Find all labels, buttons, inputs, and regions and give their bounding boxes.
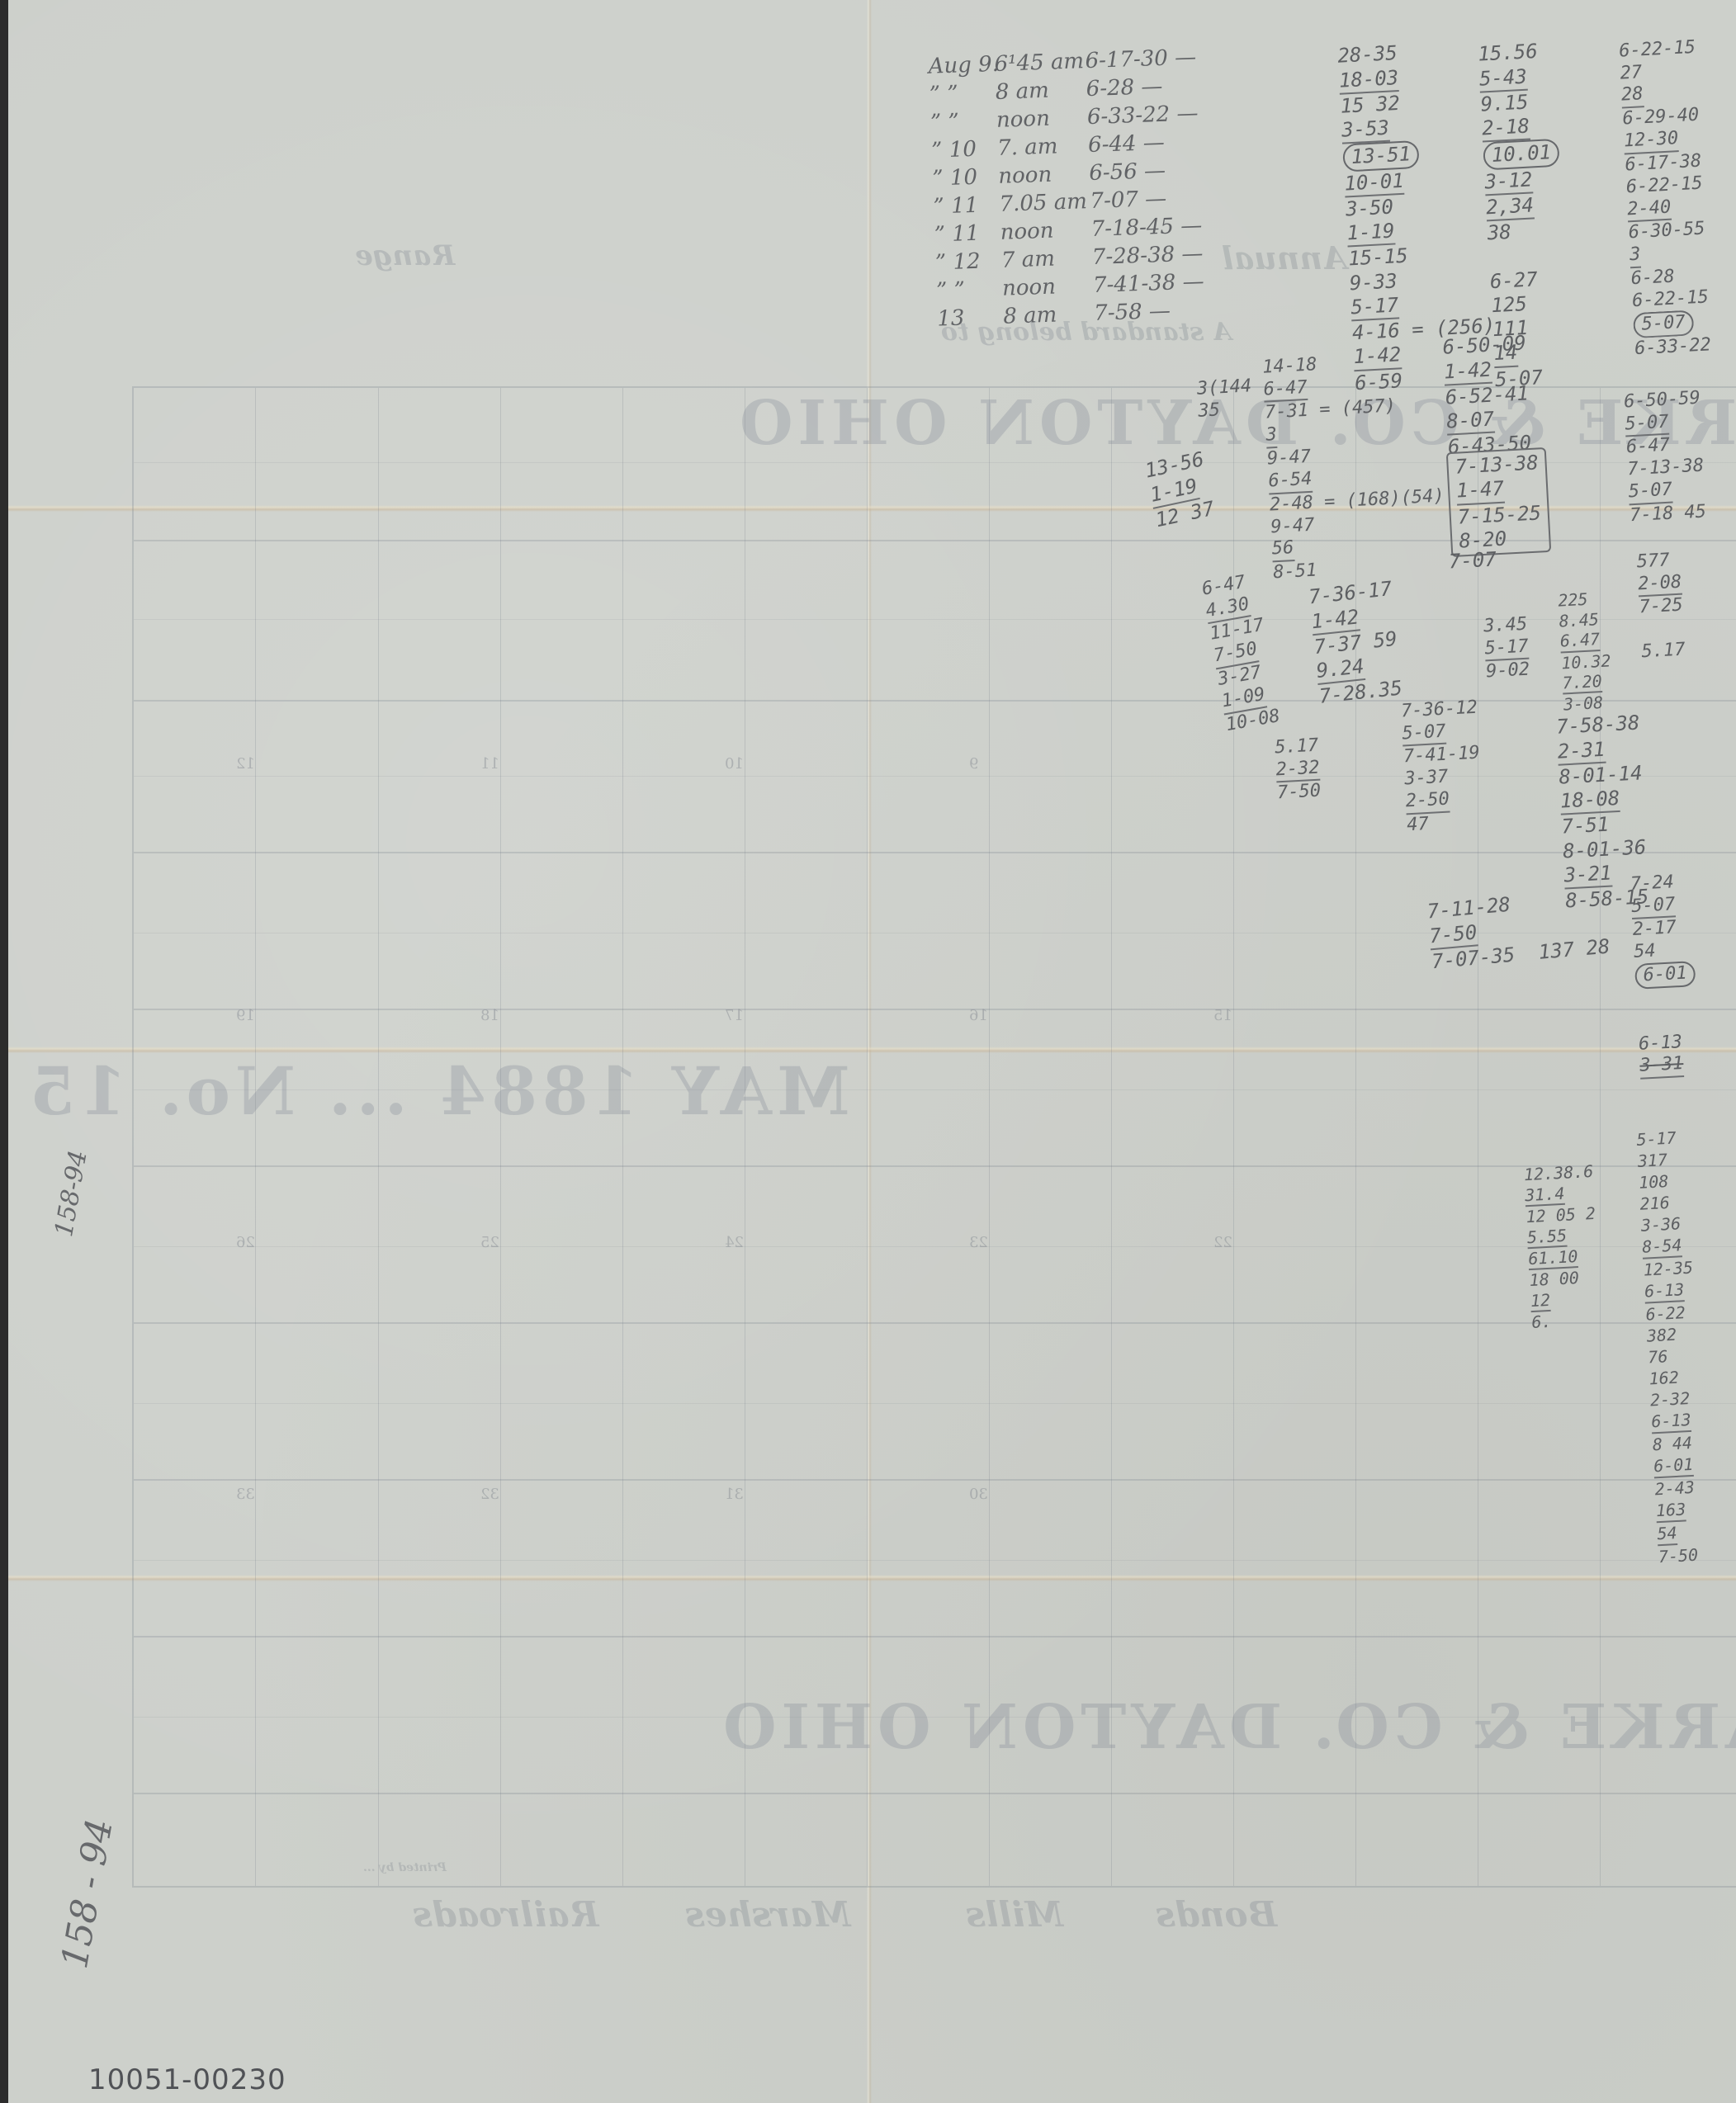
margin-note-upper: 158-94 xyxy=(50,1148,93,1239)
day-number: 33 xyxy=(236,1486,255,1503)
day-number: 19 xyxy=(236,1007,255,1024)
calc-block-d: 6-50-09 1-42 6-52-41 8-07 6-43-50 xyxy=(1440,307,1531,460)
day-number: 23 xyxy=(969,1234,988,1251)
margin-note-lower: 158 - 94 xyxy=(54,1816,121,1972)
day-number: 25 xyxy=(480,1234,499,1251)
scan-border xyxy=(0,0,8,2103)
calc-block-t: 7-24 5-07 2-17 54 6-01 6-13 3-31 xyxy=(1629,848,1701,1080)
archive-id: 10051-00230 xyxy=(88,2063,286,2096)
day-number: 16 xyxy=(969,1007,988,1024)
calc-block-k: 577 2-08 7-25 5.17 xyxy=(1635,527,1686,664)
day-number: 22 xyxy=(1213,1234,1232,1251)
day-number: 17 xyxy=(725,1007,744,1024)
day-number: 26 xyxy=(236,1234,255,1251)
day-number: 11 xyxy=(480,755,499,773)
boxed-calculation: 7-13-38 1-47 7-15-25 8-20 xyxy=(1446,447,1552,557)
calc-block-n: 3.45 5-17 9-02 xyxy=(1482,592,1530,684)
day-number: 31 xyxy=(725,1486,744,1503)
calc-block-j: 7-07 xyxy=(1448,548,1497,574)
day-number: 24 xyxy=(725,1234,744,1251)
show-through-annual: Annual xyxy=(1222,239,1346,276)
calc-block-s: 7-11-28 7-50 7-07-35 137 28 xyxy=(1424,861,1611,975)
day-number: 15 xyxy=(1213,1007,1232,1024)
show-through-footer-railroads: Railroads xyxy=(413,1894,598,1935)
calc-block-p: 7-36-12 5-07 7-41-19 3-37 2-50 47 xyxy=(1399,675,1484,837)
calc-block-m: 7-36-17 1-42 7-37 59 9.24 7-28.35 xyxy=(1305,553,1403,709)
time-log: Aug 9.6¹45 am6-17-30 — ” ”8 am6-28 — ” ”… xyxy=(928,45,1205,334)
day-number: 10 xyxy=(725,755,744,773)
show-through-range: Range xyxy=(355,239,455,272)
calc-block-q: 5.17 2-32 7-50 xyxy=(1273,713,1322,806)
day-number: 18 xyxy=(480,1007,499,1024)
day-number: 12 xyxy=(236,755,255,773)
show-through-footer-marshes: Marshes xyxy=(685,1894,850,1935)
calc-box-h: 7-13-38 1-47 7-15-25 8-20 xyxy=(1446,447,1552,557)
document-sheet: Range Annual A standard belong to CLARKE… xyxy=(8,0,1736,2103)
calc-block-f: 3(144 35 xyxy=(1195,353,1253,423)
calc-block-i: 6-50-59 5-07 6-47 7-13-38 5-07 7-18 45 xyxy=(1622,366,1707,527)
show-through-footer-bonds: Bonds xyxy=(1156,1894,1277,1935)
day-number: 32 xyxy=(480,1486,499,1503)
calc-column-c: 6-22-15 27 28 6-29-40 12-30 6-17-38 6-22… xyxy=(1617,15,1711,361)
show-through-footer-mills: Mills xyxy=(966,1894,1063,1935)
day-number: 30 xyxy=(969,1486,988,1503)
day-number: 9 xyxy=(969,755,978,773)
calc-block-u: 12.38.6 31.4 12 05 2 5.55 61.10 18 00 12… xyxy=(1522,1141,1601,1333)
calc-block-e: 14-18 6-47 7-31 = (457) 3 9-47 6-54 2-48… xyxy=(1261,326,1448,585)
